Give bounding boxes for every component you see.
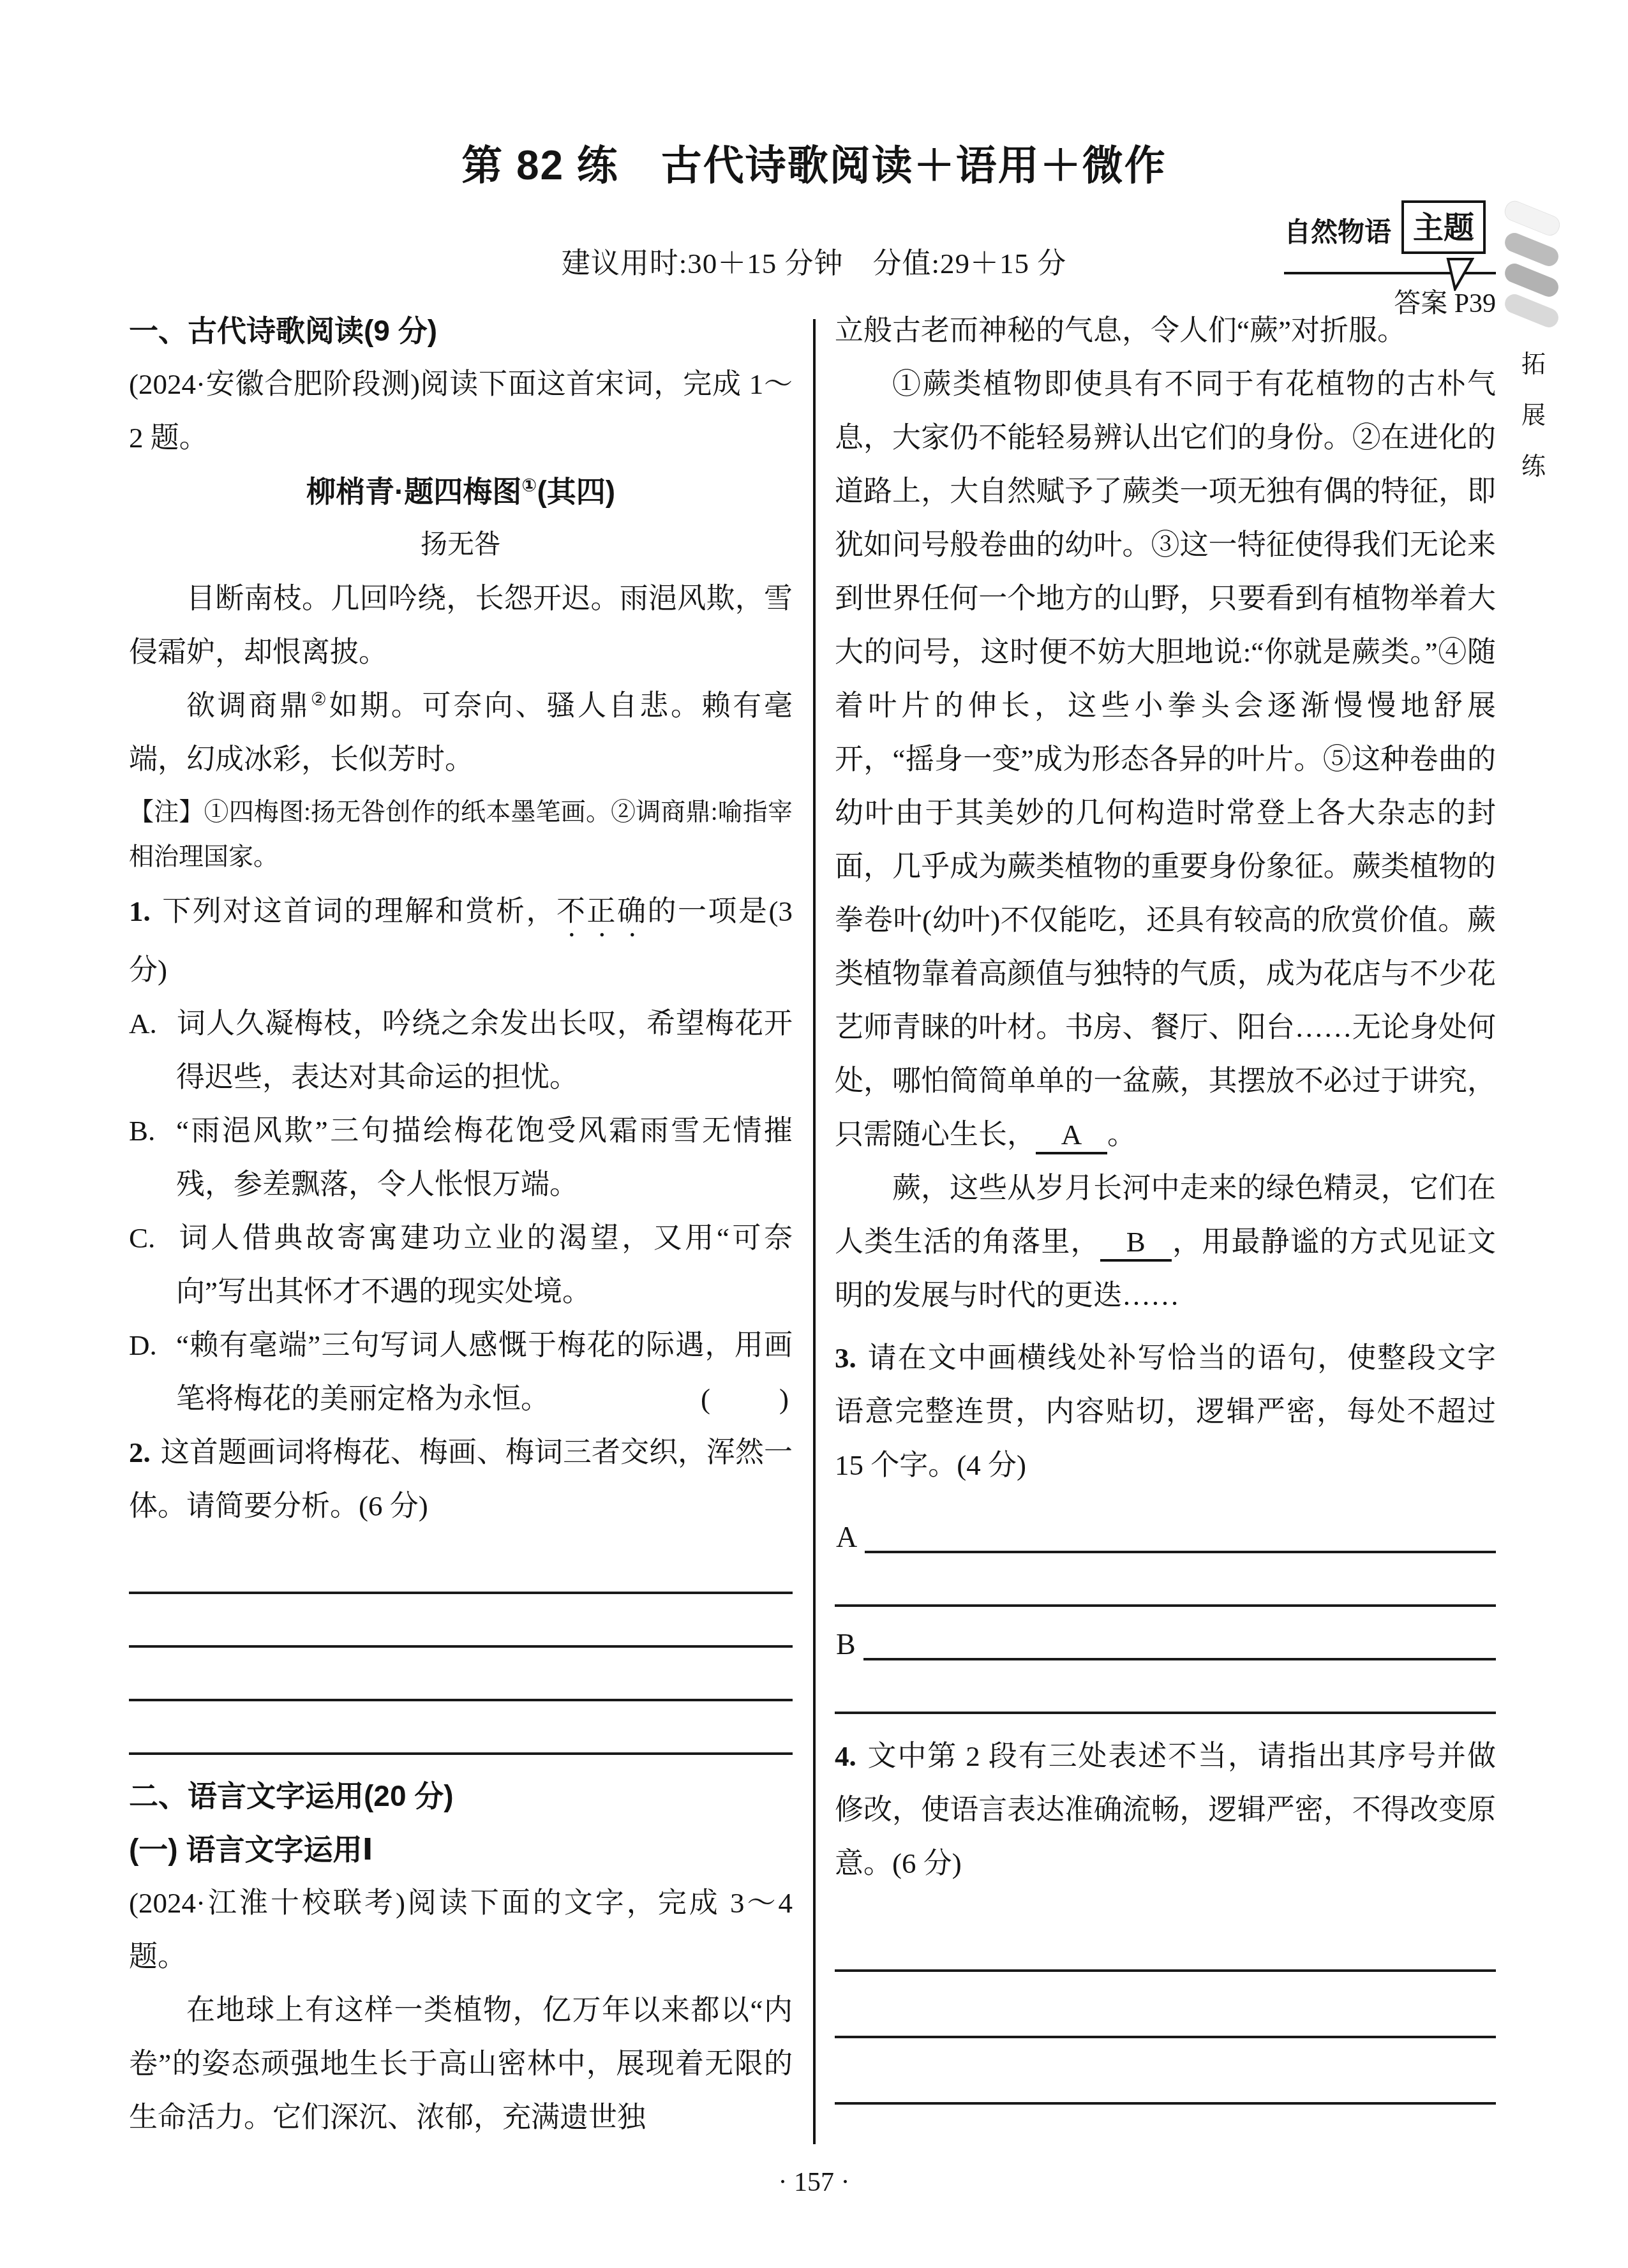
answer-lines-q2 <box>129 1541 793 1755</box>
option-c: C.词人借典故寄寓建功立业的渴望，又用“可奈向”写出其怀才不遇的现实处境。 <box>129 1211 793 1318</box>
side-tab-char: 拓 <box>1521 352 1546 377</box>
question-number: 1. <box>129 895 151 927</box>
answer-label: B <box>835 1630 863 1660</box>
answer-line <box>835 2038 1496 2105</box>
source-note-1: (2024·安徽合肥阶段测)阅读下面这首宋词，完成 1～2 题。 <box>129 357 793 465</box>
question-1: 1.下列对这首词的理解和赏析，不正确的一项是(3 分)( ) A.词人久凝梅枝，… <box>129 884 793 1426</box>
left-column: 一、古代诗歌阅读(9 分) (2024·安徽合肥阶段测)阅读下面这首宋词，完成 … <box>129 304 793 2144</box>
subsection-heading: (一) 语言文字运用Ⅰ <box>129 1823 793 1876</box>
theme-label: 自然物语 <box>1284 220 1391 254</box>
blank-a: A <box>1036 1119 1107 1154</box>
question-number: 4. <box>835 1740 856 1772</box>
passage-paragraph-3: 蕨，这些从岁月长河中走来的绿色精灵，它们在人类生活的角落里，B，用最静谧的方式见… <box>835 1161 1496 1322</box>
answer-line <box>835 1906 1496 1972</box>
answer-lines-q4 <box>835 1906 1496 2105</box>
answer-label: A <box>835 1523 865 1553</box>
stamp-icon <box>1502 292 1562 331</box>
question-number: 3. <box>835 1342 856 1374</box>
stamp-icon <box>1502 198 1562 238</box>
poem-title: 柳梢青·题四梅图①(其四) <box>129 465 793 518</box>
side-tab-char: 练 <box>1521 454 1546 479</box>
passage-paragraph-1-cont: 立般古老而神秘的气息，令人们“蕨”对折服。 <box>835 304 1496 357</box>
answer-bracket: ( ) <box>701 1372 793 1426</box>
option-b: B.“雨浥风欺”三句描绘梅花饱受风霜雨雪无情摧残，参差飘落，令人怅恨万端。 <box>129 1104 793 1211</box>
answer-lines-q3: A B <box>835 1500 1496 1714</box>
speech-tail-icon <box>1446 258 1474 291</box>
stamp-icon <box>1502 230 1562 269</box>
emphasized-text: 不正确 <box>556 895 648 927</box>
answer-line <box>129 1701 793 1755</box>
page-number: · 157 · <box>0 2167 1628 2198</box>
theme-box: 主题 <box>1401 200 1486 254</box>
section-1-heading: 一、古代诗歌阅读(9 分) <box>129 304 793 357</box>
footnote-marker: ② <box>311 690 329 710</box>
answer-line-b: B <box>835 1607 1496 1660</box>
decorative-stamps <box>1504 208 1565 332</box>
worksheet-page: 第 82 练 古代诗歌阅读＋语用＋微作 建议用时:30＋15 分钟 分值:29＋… <box>0 0 1628 2268</box>
poem-stanza-1: 目断南枝。几回吟绕，长怨开迟。雨浥风欺，雪侵霜妒，却恨离披。 <box>129 572 793 679</box>
option-a: A.词人久凝梅枝，吟绕之余发出长叹，希望梅花开得迟些，表达对其命运的担忧。 <box>129 997 793 1104</box>
question-1-text: 1.下列对这首词的理解和赏析，不正确的一项是(3 分)( ) <box>129 884 793 997</box>
side-tab-char: 展 <box>1521 403 1546 428</box>
stamp-icon <box>1502 261 1562 300</box>
question-2: 2.这首题画词将梅花、梅画、梅词三者交织，浑然一体。请简要分析。(6 分) <box>129 1426 793 1533</box>
poem-author: 扬无咎 <box>129 518 793 572</box>
section-2-heading: 二、语言文字运用(20 分) <box>129 1769 793 1823</box>
answer-line <box>129 1541 793 1594</box>
answer-line <box>129 1648 793 1701</box>
poem-stanza-2: 欲调商鼎②如期。可奈向、骚人自悲。赖有毫端，幻成冰彩，长似芳时。 <box>129 679 793 786</box>
content-columns: 一、古代诗歌阅读(9 分) (2024·安徽合肥阶段测)阅读下面这首宋词，完成 … <box>129 304 1496 2144</box>
answer-line <box>835 1553 1496 1607</box>
footnote-marker: ① <box>521 475 537 496</box>
passage-paragraph-2: ①蕨类植物即使具有不同于有花植物的古朴气息，大家仍不能轻易辨认出它们的身份。②在… <box>835 357 1496 1161</box>
source-note-2: (2024·江淮十校联考)阅读下面的文字，完成 3～4 题。 <box>129 1876 793 1983</box>
page-title: 第 82 练 古代诗歌阅读＋语用＋微作 <box>0 133 1628 191</box>
question-3: 3.请在文中画横线处补写恰当的语句，使整段文字语意完整连贯，内容贴切，逻辑严密，… <box>835 1331 1496 1492</box>
blank-b: B <box>1100 1226 1172 1262</box>
side-tab-extension-practice: 拓 展 练 <box>1521 352 1546 479</box>
answer-line <box>835 1660 1496 1714</box>
question-4: 4.文中第 2 段有三处表述不当，请指出其序号并做修改，使语言表达准确流畅，逻辑… <box>835 1729 1496 1890</box>
answer-line-a: A <box>835 1500 1496 1553</box>
column-divider <box>813 319 816 2144</box>
theme-badge: 自然物语 主题 答案 P39 <box>1284 200 1496 254</box>
option-d: D.“赖有毫端”三句写词人感慨于梅花的际遇，用画笔将梅花的美丽定格为永恒。 <box>129 1318 793 1426</box>
question-number: 2. <box>129 1436 151 1468</box>
answer-line <box>835 1972 1496 2038</box>
right-column: 立般古老而神秘的气息，令人们“蕨”对折服。 ①蕨类植物即使具有不同于有花植物的古… <box>835 304 1496 2144</box>
passage-paragraph-1: 在地球上有这样一类植物，亿万年以来都以“内卷”的姿态顽强地生长于高山密林中，展现… <box>129 1983 793 2144</box>
poem-note: 【注】①四梅图:扬无咎创作的纸本墨笔画。②调商鼎:喻指宰相治理国家。 <box>129 786 793 884</box>
answer-line <box>129 1594 793 1648</box>
